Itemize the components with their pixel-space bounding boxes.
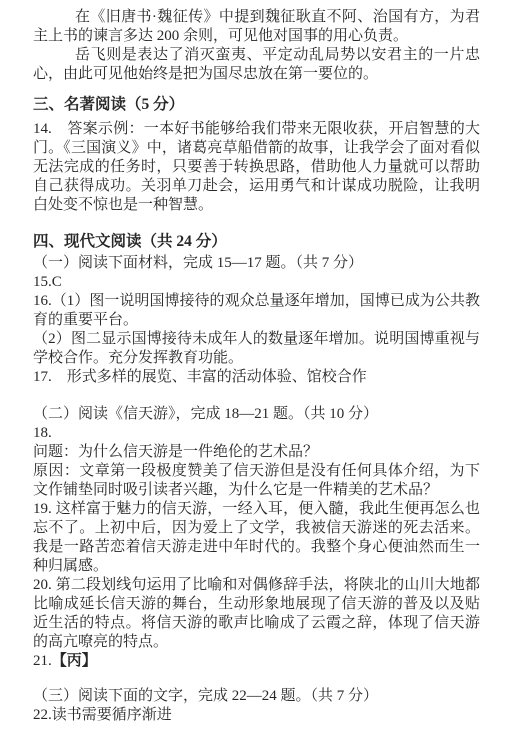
answer-18-reason: 原因：文章第一段极度赞美了信天游但是没有任何具体介绍，为下文作铺垫同时吸引读者兴…	[33, 462, 480, 500]
answer-19: 19. 这样富于魅力的信天游，一经入耳，便入髓，我此生便再怎么也忘不了。上初中后…	[33, 500, 480, 576]
part1-intro: （一）阅读下面材料，完成 15—17 题。（共 7 分）	[33, 254, 480, 273]
section4-heading: 四、现代文阅读（共 24 分）	[33, 232, 480, 252]
section3-heading: 三、名著阅读（5 分）	[33, 95, 480, 115]
answer-20: 20. 第二段划线句运用了比喻和对偶修辞手法，将陕北的山川大地都比喻成延长信天游…	[33, 576, 480, 652]
answer-21-choice: 【丙】	[52, 653, 97, 669]
paragraph-yuefei: 岳飞则是表达了消灭蛮夷、平定动乱局势以安君主的一片忠心，由此可见他始终是把为国尽…	[33, 46, 480, 84]
answer-16-2: （2）图二显示国博接待未成年人的数量逐年增加。说明国博重视与学校合作。充分发挥教…	[33, 330, 480, 368]
paragraph-weizheng: 在《旧唐书·魏征传》中提到魏征耿直不阿、治国有方，为君主上书的谏言多达 200 …	[33, 8, 480, 46]
answer-22: 22.读书需要循序渐进	[33, 706, 480, 725]
answer-18-label: 18.	[33, 424, 480, 443]
part3-intro: （三）阅读下面的文字，完成 22—24 题。（共 7 分）	[33, 687, 480, 706]
answer-17: 17. 形式多样的展览、丰富的活动体验、馆校合作	[33, 368, 480, 387]
answer-21-number: 21.	[33, 653, 52, 669]
answer-18-question: 问题：为什么信天游是一件绝伦的艺术品？	[33, 443, 480, 462]
answer-15: 15.C	[33, 273, 480, 292]
answer-21: 21.【丙】	[33, 652, 480, 671]
answer-16-1: 16.（1）图一说明国博接待的观众总量逐年增加，国博已成为公共教育的重要平台。	[33, 292, 480, 330]
answer-14: 14. 答案示例：一本好书能够给我们带来无限收获，开启智慧的大门。《三国演义》中…	[33, 120, 480, 215]
document-page: 在《旧唐书·魏征传》中提到魏征耿直不阿、治国有方，为君主上书的谏言多达 200 …	[0, 0, 514, 740]
part2-intro: （二）阅读《信天游》，完成 18—21 题。（共 10 分）	[33, 405, 480, 424]
